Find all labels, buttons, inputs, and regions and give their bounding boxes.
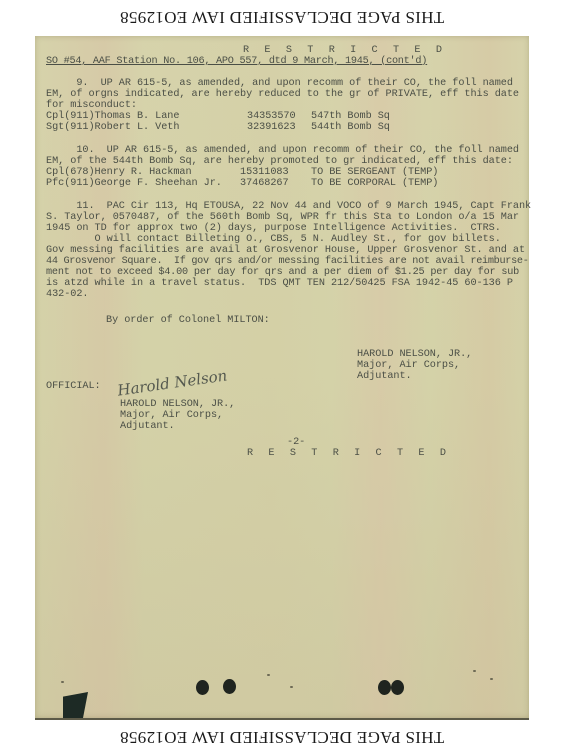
order-line: By order of Colonel MILTON:: [106, 315, 270, 326]
official-label: OFFICIAL:: [46, 381, 101, 392]
new-grade: TO BE SERGEANT (TEMP): [311, 167, 438, 178]
para10-line: 10. UP AR 615-5, as amended, and upon re…: [46, 145, 519, 156]
binder-hole: [196, 680, 209, 695]
para9-line: 9. UP AR 615-5, as amended, and upon rec…: [46, 78, 513, 89]
signer-name: HAROLD NELSON, JR.,: [357, 349, 472, 360]
scan-dark-corner: [63, 692, 88, 718]
signer-title: Adjutant.: [120, 421, 175, 432]
binder-hole: [223, 679, 236, 694]
signer-rank: Major, Air Corps,: [120, 410, 223, 421]
scanned-document-page: R E S T R I C T E D SO #54, AAF Station …: [35, 36, 529, 720]
unit: 547th Bomb Sq: [311, 111, 390, 122]
serial-number: 37468267: [240, 178, 289, 189]
soldier-name: Sgt(911)Robert L. Veth: [46, 122, 179, 133]
binder-hole: [378, 680, 391, 695]
scan-speck: [61, 681, 64, 683]
binder-hole: [391, 680, 404, 695]
para11-line: 44 Grosvenor Square. If gov qrs and/or m…: [46, 256, 529, 267]
new-grade: TO BE CORPORAL (TEMP): [311, 178, 438, 189]
signer-rank: Major, Air Corps,: [357, 360, 460, 371]
para11-line: 1945 on TD for approx two (2) days, purp…: [46, 223, 501, 234]
page-number: -2-: [287, 437, 305, 448]
para11-line: ment not to exceed $4.00 per day for qrs…: [46, 267, 519, 278]
para11-line: O will contact Billeting O., CBS, 5 N. A…: [46, 234, 501, 245]
signer-name: HAROLD NELSON, JR.,: [120, 399, 235, 410]
declassification-stamp-bottom: THIS PAGE DECLASSIFIED IAW EO12958: [0, 727, 564, 747]
soldier-name: Cpl(911)Thomas B. Lane: [46, 111, 179, 122]
serial-number: 34353570: [247, 111, 296, 122]
serial-number: 32391623: [247, 122, 296, 133]
serial-number: 15311083: [240, 167, 289, 178]
soldier-name: Cpl(678)Henry R. Hackman: [46, 167, 192, 178]
scan-speck: [267, 674, 270, 676]
para9-line: for misconduct:: [46, 100, 137, 111]
para11-line: S. Taylor, 0570487, of the 560th Bomb Sq…: [46, 212, 519, 223]
signer-title: Adjutant.: [357, 371, 412, 382]
document-heading: SO #54, AAF Station No. 106, APO 557, dt…: [46, 56, 427, 67]
scan-speck: [490, 678, 493, 680]
scan-speck: [473, 670, 476, 672]
classification-footer: R E S T R I C T E D: [247, 448, 451, 459]
para11-line: Gov messing facilities are avail at Gros…: [46, 245, 525, 256]
unit: 544th Bomb Sq: [311, 122, 390, 133]
para11-line: is atzd while in a travel status. TDS QM…: [46, 278, 513, 289]
para11-line: 432-02.: [46, 289, 88, 300]
para10-line: EM, of the 544th Bomb Sq, are hereby pro…: [46, 156, 513, 167]
para11-line: 11. PAC Cir 113, Hq ETOUSA, 22 Nov 44 an…: [46, 201, 531, 212]
handwritten-signature: Harold Nelson: [116, 366, 228, 399]
soldier-name: Pfc(911)George F. Sheehan Jr.: [46, 178, 222, 189]
declassification-stamp-top: THIS PAGE DECLASSIFIED IAW EO12958: [0, 7, 564, 27]
classification-header: R E S T R I C T E D: [243, 45, 447, 56]
scan-speck: [290, 686, 293, 688]
para9-line: EM, of orgns indicated, are hereby reduc…: [46, 89, 519, 100]
